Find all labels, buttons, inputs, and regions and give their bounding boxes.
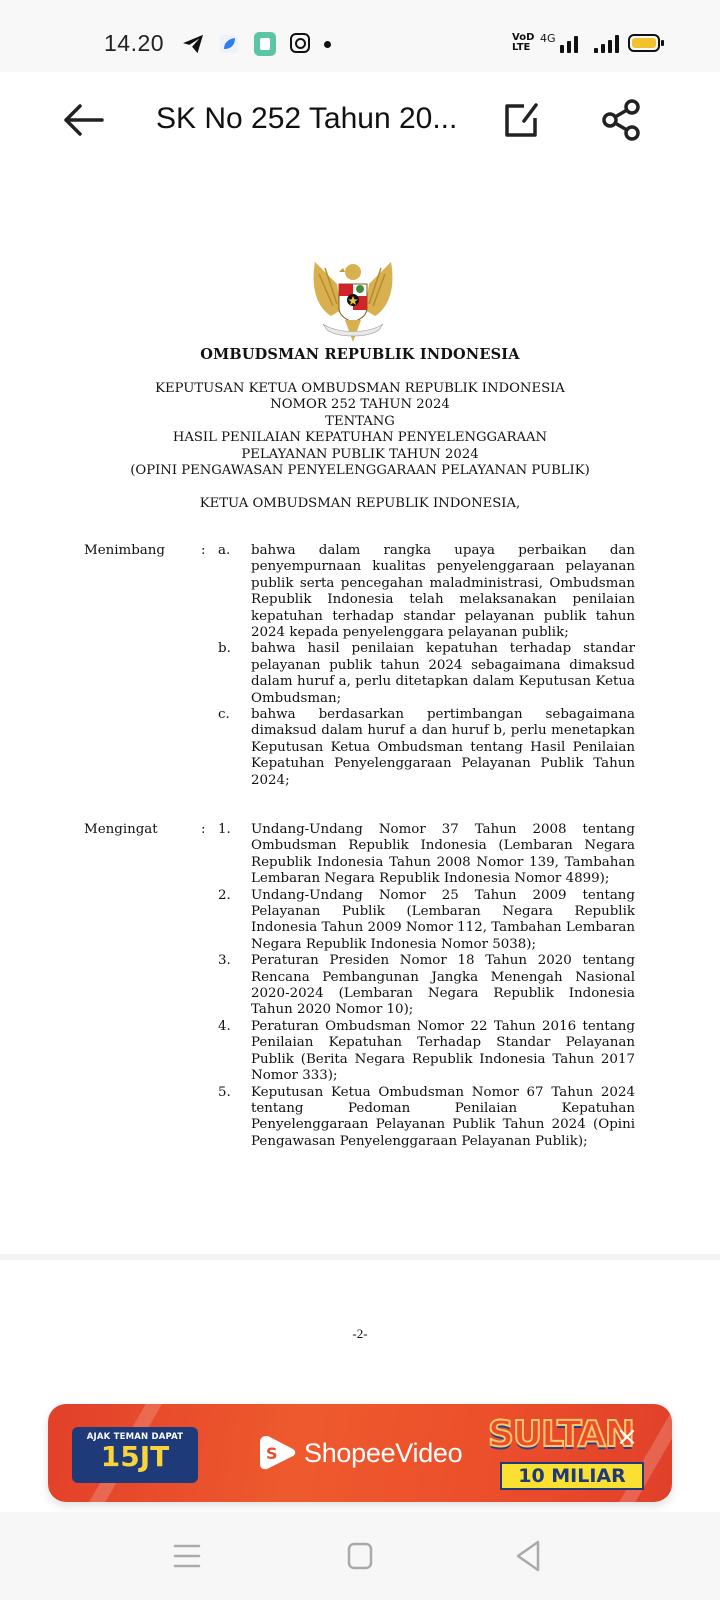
home-icon: [340, 1536, 380, 1576]
page-divider: [0, 1254, 720, 1260]
recent-apps-button[interactable]: [168, 1536, 208, 1576]
more-notifications-icon: [324, 41, 331, 48]
close-icon[interactable]: ×: [614, 1424, 640, 1450]
document-title: SK No 252 Tahun 20...: [156, 102, 457, 136]
instagram-icon: [290, 33, 310, 53]
heading-line: NOMOR 252 TAHUN 2024: [0, 397, 720, 413]
item-marker: 3.: [218, 953, 231, 968]
share-icon: [600, 98, 644, 142]
item-text: Peraturan Presiden Nomor 18 Tahun 2020 t…: [251, 953, 635, 1019]
files-icon: [254, 32, 276, 56]
edit-icon: [502, 100, 542, 140]
heading-line: TENTANG: [0, 414, 720, 430]
network-type-label: 4G: [540, 32, 556, 45]
ad-brand-text: ShopeeVideo: [304, 1438, 462, 1469]
ketua-line: KETUA OMBUDSMAN REPUBLIK INDONESIA,: [0, 496, 720, 511]
status-bar: 14.20 VoDLTE 4G: [0, 0, 720, 72]
item-marker: a.: [218, 543, 230, 558]
heading-line: (OPINI PENGAWASAN PENYELENGGARAAN PELAYA…: [0, 463, 720, 479]
item-marker: 5.: [218, 1085, 231, 1100]
decree-heading: KEPUTUSAN KETUA OMBUDSMAN REPUBLIK INDON…: [0, 381, 720, 479]
signal-icon-sim1: [560, 35, 578, 53]
item-text: Peraturan Ombudsman Nomor 22 Tahun 2016 …: [251, 1019, 635, 1085]
menu-icon: [168, 1536, 208, 1576]
item-marker: c.: [218, 707, 230, 722]
svg-text:S: S: [266, 1444, 278, 1463]
back-button[interactable]: [60, 98, 108, 142]
edit-button[interactable]: [502, 100, 542, 140]
list-item: 5. Keputusan Ketua Ombudsman Nomor 67 Ta…: [0, 1085, 720, 1151]
volte-icon: VoDLTE: [512, 33, 534, 53]
ad-brand: S ShopeeVideo: [260, 1434, 462, 1472]
mengingat-section: Mengingat : 1. Undang-Undang Nomor 37 Ta…: [0, 822, 720, 1150]
system-back-button[interactable]: [510, 1536, 550, 1576]
item-text: bahwa berdasarkan pertimbangan sebagaima…: [251, 707, 635, 789]
item-marker: 4.: [218, 1019, 231, 1034]
organization-name: OMBUDSMAN REPUBLIK INDONESIA: [0, 346, 720, 363]
list-item: 4. Peraturan Ombudsman Nomor 22 Tahun 20…: [0, 1019, 720, 1085]
arrow-left-icon: [60, 98, 108, 142]
ad-subheadline: 10 MILIAR: [500, 1462, 644, 1490]
share-button[interactable]: [600, 98, 644, 142]
item-marker: 1.: [218, 822, 231, 837]
heading-line: PELAYANAN PUBLIK TAHUN 2024: [0, 447, 720, 463]
garuda-emblem-icon: [309, 254, 397, 346]
ad-referral-badge: AJAK TEMAN DAPAT 15JT: [72, 1427, 198, 1483]
ad-headline: SULTAN: [488, 1414, 634, 1455]
back-triangle-icon: [510, 1536, 550, 1576]
ad-banner[interactable]: AJAK TEMAN DAPAT 15JT S ShopeeVideo SULT…: [48, 1404, 672, 1502]
list-item: a. bahwa dalam rangka upaya perbaikan da…: [0, 543, 720, 641]
item-text: Keputusan Ketua Ombudsman Nomor 67 Tahun…: [251, 1085, 635, 1151]
page-number: -2-: [0, 1326, 720, 1342]
list-item: 2. Undang-Undang Nomor 25 Tahun 2009 ten…: [0, 888, 720, 954]
battery-icon: [628, 34, 660, 52]
messenger-icon: [220, 35, 238, 53]
document-page[interactable]: OMBUDSMAN REPUBLIK INDONESIA KEPUTUSAN K…: [0, 168, 720, 1254]
list-item: b. bahwa hasil penilaian kepatuhan terha…: [0, 641, 720, 707]
menimbang-section: Menimbang : a. bahwa dalam rangka upaya …: [0, 543, 720, 789]
item-text: bahwa dalam rangka upaya perbaikan dan p…: [251, 543, 635, 641]
item-text: Undang-Undang Nomor 37 Tahun 2008 tentan…: [251, 822, 635, 888]
home-button[interactable]: [340, 1536, 380, 1576]
item-marker: 2.: [218, 888, 231, 903]
item-marker: b.: [218, 641, 231, 656]
heading-line: KEPUTUSAN KETUA OMBUDSMAN REPUBLIK INDON…: [0, 381, 720, 397]
item-text: bahwa hasil penilaian kepatuhan terhadap…: [251, 641, 635, 707]
telegram-icon: [182, 34, 204, 54]
list-item: c. bahwa berdasarkan pertimbangan sebaga…: [0, 707, 720, 789]
signal-icon-sim2: [594, 35, 619, 53]
shopee-video-logo-icon: S: [260, 1434, 296, 1472]
list-item: 1. Undang-Undang Nomor 37 Tahun 2008 ten…: [0, 822, 720, 888]
system-nav-bar: [0, 1512, 720, 1600]
list-item: 3. Peraturan Presiden Nomor 18 Tahun 202…: [0, 953, 720, 1019]
ad-referral-amount: 15JT: [72, 1442, 198, 1472]
item-text: Undang-Undang Nomor 25 Tahun 2009 tentan…: [251, 888, 635, 954]
app-bar: SK No 252 Tahun 20...: [0, 72, 720, 168]
heading-line: HASIL PENILAIAN KEPATUHAN PENYELENGGARAA…: [0, 430, 720, 446]
status-time: 14.20: [104, 30, 164, 57]
